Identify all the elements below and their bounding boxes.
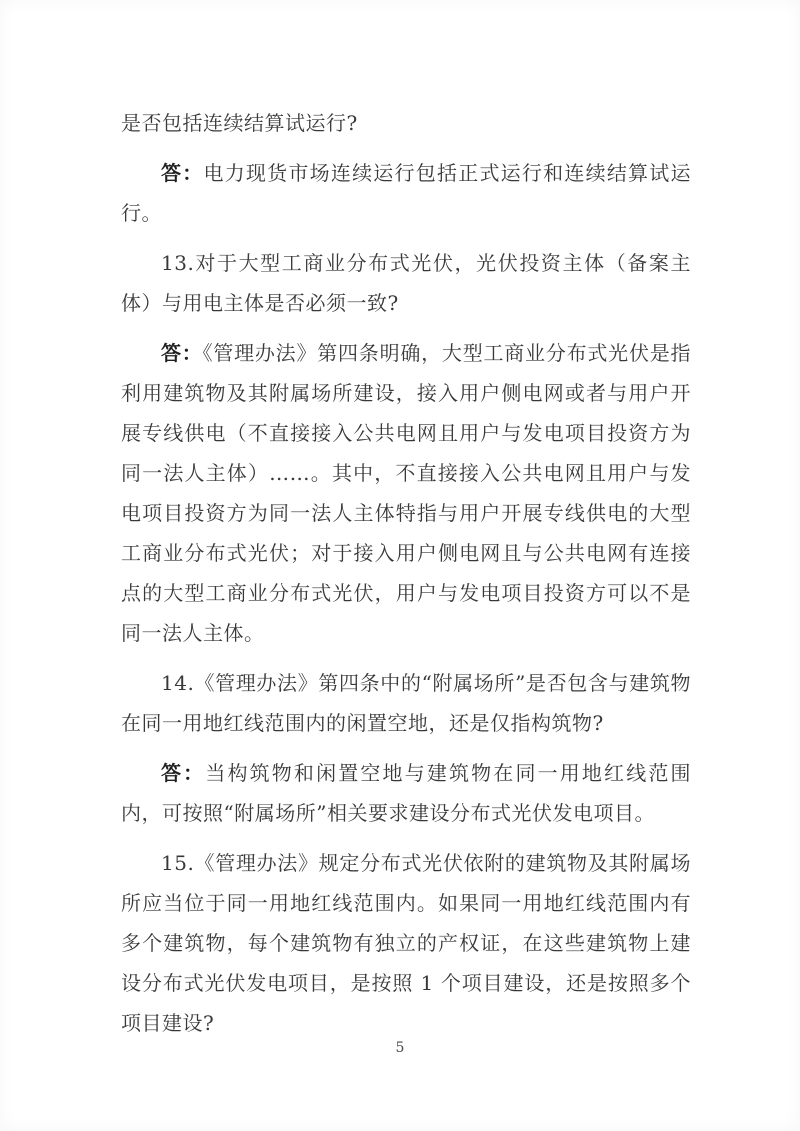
answer-paragraph: 答：当构筑物和闲置空地与建筑物在同一用地红线范围内，可按照“附属场所”相关要求建…: [121, 753, 691, 833]
answer-prefix: 答：: [161, 761, 205, 785]
question-paragraph: 13.对于大型工商业分布式光伏，光伏投资主体（备案主体）与用电主体是否必须一致?: [121, 243, 691, 323]
question-paragraph: 14.《管理办法》第四条中的“附属场所”是否包含与建筑物在同一用地红线范围内的闲…: [121, 663, 691, 743]
answer-prefix: 答：: [161, 161, 203, 185]
page-number: 5: [0, 1038, 800, 1058]
question-paragraph: 15.《管理办法》规定分布式光伏依附的建筑物及其附属场所应当位于同一用地红线范围…: [121, 843, 691, 1043]
document-page: 是否包括连续结算试运行? 答：电力现货市场连续运行包括正式运行和连续结算试运行。…: [0, 0, 800, 1131]
question-text: 14.《管理办法》第四条中的“附属场所”是否包含与建筑物在同一用地红线范围内的闲…: [121, 671, 691, 735]
answer-text: 当构筑物和闲置空地与建筑物在同一用地红线范围内，可按照“附属场所”相关要求建设分…: [121, 761, 691, 825]
paragraph-text: 是否包括连续结算试运行?: [121, 111, 358, 135]
answer-prefix: 答：: [161, 341, 203, 365]
document-body: 是否包括连续结算试运行? 答：电力现货市场连续运行包括正式运行和连续结算试运行。…: [121, 103, 691, 1053]
question-text: 15.《管理办法》规定分布式光伏依附的建筑物及其附属场所应当位于同一用地红线范围…: [121, 851, 691, 1035]
continuation-paragraph: 是否包括连续结算试运行?: [121, 103, 691, 143]
question-text: 13.对于大型工商业分布式光伏，光伏投资主体（备案主体）与用电主体是否必须一致?: [121, 251, 691, 315]
answer-text: 电力现货市场连续运行包括正式运行和连续结算试运行。: [121, 161, 691, 225]
answer-paragraph: 答：电力现货市场连续运行包括正式运行和连续结算试运行。: [121, 153, 691, 233]
answer-paragraph: 答：《管理办法》第四条明确，大型工商业分布式光伏是指利用建筑物及其附属场所建设，…: [121, 333, 691, 653]
answer-text: 《管理办法》第四条明确，大型工商业分布式光伏是指利用建筑物及其附属场所建设，接入…: [121, 341, 691, 645]
